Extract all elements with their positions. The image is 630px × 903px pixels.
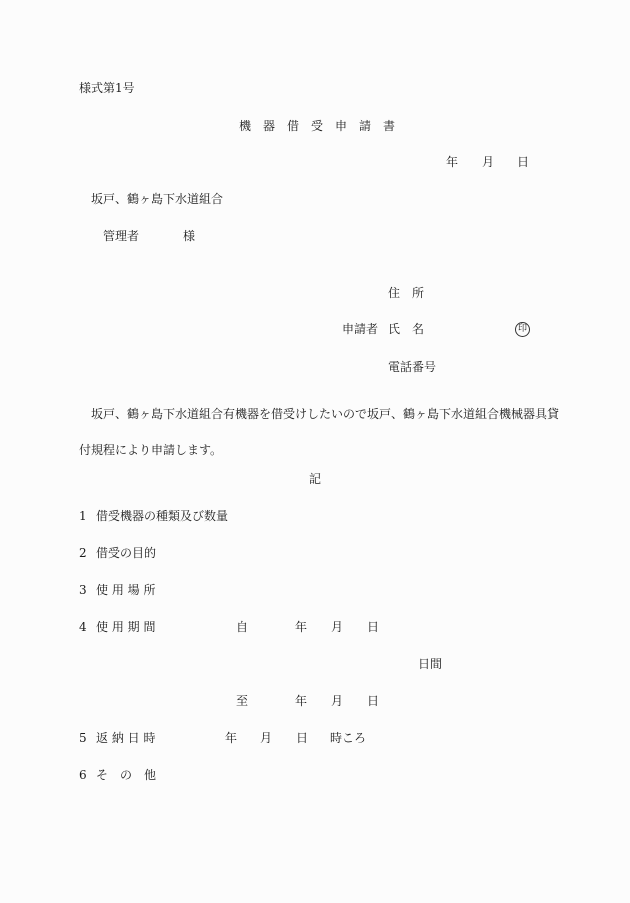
name-label: 氏 名 [388,322,424,336]
period-to-day: 日 [367,694,379,708]
item-2-number: 2 [79,546,87,560]
phone-label: 電話番号 [388,360,436,374]
return-month: 月 [260,731,272,745]
item-1-label: 借受機器の種類及び数量 [96,509,228,523]
period-from-month: 月 [331,620,343,634]
ki-heading: 記 [309,472,321,486]
date-month-label: 月 [482,155,494,169]
applicant-label: 申請者 [342,322,378,336]
seal-icon: 印 [515,322,530,337]
address-label: 住 所 [388,286,424,300]
return-time-suffix: 時ころ [330,731,366,745]
item-4-label: 使 用 期 間 [96,620,155,634]
body-line-2: 付規程により申請します。 [79,443,222,457]
date-day-label: 日 [517,155,529,169]
item-5-number: 5 [79,731,87,745]
page-title: 機 器 借 受 申 請 書 [239,119,395,133]
return-year: 年 [225,731,237,745]
period-days-suffix: 日間 [418,657,442,671]
item-4-number: 4 [79,620,87,634]
item-2-label: 借受の目的 [96,546,156,560]
item-6-number: 6 [79,768,87,782]
period-to-label: 至 [236,694,248,708]
addressee-honorific: 様 [183,229,195,243]
addressee-recipient: 管理者 [103,229,139,243]
item-1-number: 1 [79,509,87,523]
item-3-number: 3 [79,583,87,597]
addressee-organization: 坂戸、鶴ヶ島下水道組合 [91,192,223,206]
period-from-year: 年 [295,620,307,634]
item-3-label: 使 用 場 所 [96,583,155,597]
item-6-label: そ の 他 [96,768,156,782]
period-from-day: 日 [367,620,379,634]
period-from-label: 自 [236,620,248,634]
form-number: 様式第1号 [79,81,135,95]
body-line-1: 坂戸、鶴ヶ島下水道組合有機器を借受けしたいので坂戸、鶴ヶ島下水道組合機械器具貸 [79,407,559,421]
return-day: 日 [296,731,308,745]
date-year-label: 年 [446,155,458,169]
period-to-year: 年 [295,694,307,708]
item-5-label: 返 納 日 時 [96,731,155,745]
period-to-month: 月 [331,694,343,708]
